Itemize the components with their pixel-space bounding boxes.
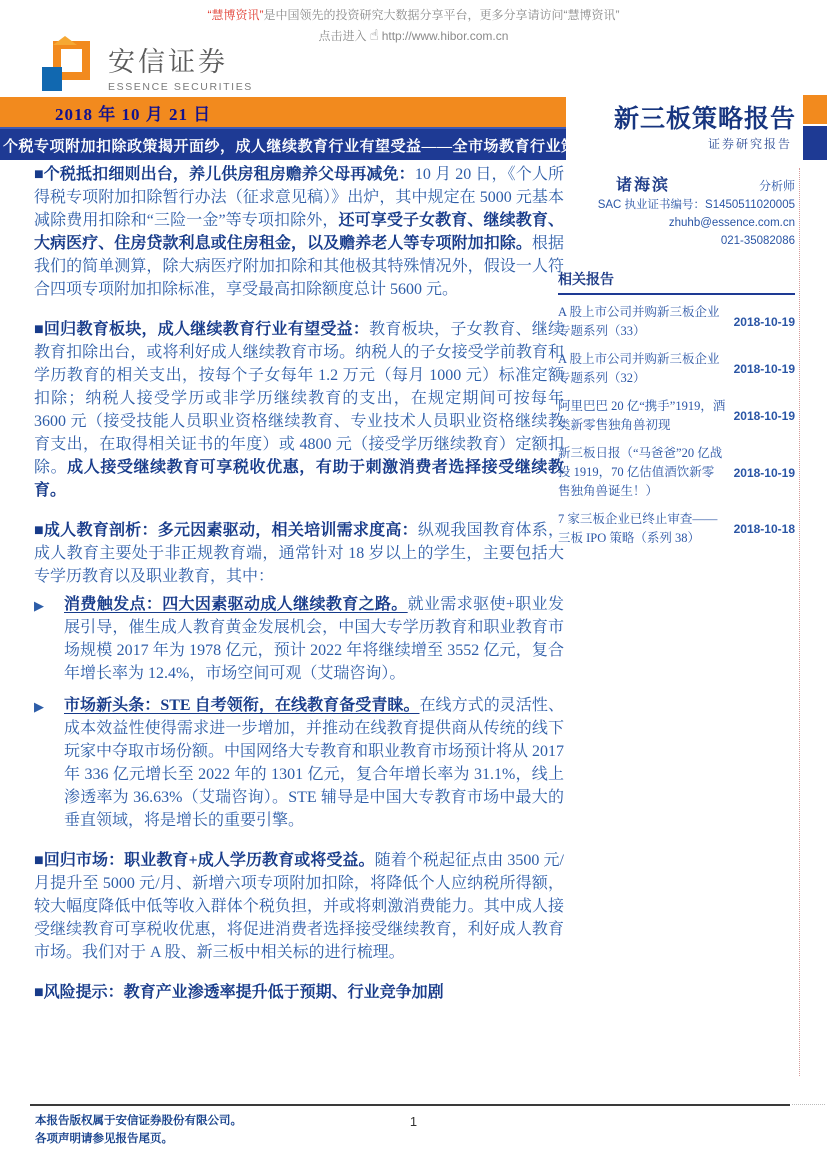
- text-segment: 消费触发点：四大因素驱动成人继续教育之路。: [64, 596, 408, 613]
- edge-orange-block: [803, 95, 827, 124]
- related-report-date: 2018-10-19: [734, 315, 795, 329]
- report-date: 2018 年 10 月 21 日: [55, 100, 211, 125]
- related-report-date: 2018-10-18: [734, 522, 795, 536]
- footer-line2: 各项声明请参见报告尾页。: [35, 1130, 242, 1148]
- paragraph: ■个税抵扣细则出台，养儿供房租房赡养父母再减免：10 月 20 日，《个人所得税…: [34, 163, 564, 301]
- related-reports-header: 相关报告: [558, 269, 795, 295]
- related-report-title: 新三板日报（“马爸爸”20 亿战投 1919，70 亿估值酒饮新零售独角兽诞生！…: [558, 444, 726, 501]
- text-segment: ■个税抵扣细则出台，养儿供房租房赡养父母再减免：: [34, 166, 415, 183]
- analyst-row: 诸海滨 分析师: [558, 172, 795, 195]
- footer-divider-ext: [792, 1104, 825, 1105]
- bullet-item: ▶消费触发点：四大因素驱动成人继续教育之路。就业需求驱使+职业发展引导，催生成人…: [34, 593, 564, 685]
- brand-logo: 安信证券 ESSENCE SECURITIES: [40, 36, 253, 94]
- right-dotted-divider: [799, 168, 800, 1076]
- page-number: 1: [0, 1114, 827, 1129]
- bullet-text: 市场新头条：STE 自考领衔，在线教育备受青睐。在线方式的灵活性、成本效益性使得…: [64, 694, 564, 832]
- report-subtype: 证券研究报告: [600, 135, 792, 152]
- related-report-title: 7 家三板企业已终止审查——三板 IPO 策略（系列 38）: [558, 510, 726, 548]
- analyst-email[interactable]: zhuhb@essence.com.cn: [558, 216, 795, 231]
- text-segment: ■回归教育板块，成人继续教育行业有望受益：: [34, 321, 369, 338]
- paragraph: ■回归市场：职业教育+成人学历教育或将受益。随着个税起征点由 3500 元/月提…: [34, 849, 564, 964]
- text-segment: 教育板块，子女教育、继续教育扣除出台，或将利好成人继续教育市场。纳税人的子女接受…: [34, 321, 564, 476]
- related-report-item[interactable]: A 股上市公司并购新三板企业专题系列（33）2018-10-19: [558, 303, 795, 341]
- analyst-phone: 021-35082086: [558, 234, 795, 249]
- paragraph: ■回归教育板块，成人继续教育行业有望受益：教育板块，子女教育、继续教育扣除出台，…: [34, 318, 564, 502]
- report-page: “慧博资讯”是中国领先的投资研究大数据分享平台，更多分享请访问“慧博资讯” 点击…: [0, 0, 827, 1169]
- logo-name-cn: 安信证券: [108, 40, 253, 79]
- related-report-title: A 股上市公司并购新三板企业专题系列（33）: [558, 303, 726, 341]
- analyst-sac: SAC 执业证书编号：S1450511020005: [558, 198, 795, 213]
- analyst-role: 分析师: [759, 177, 795, 194]
- paragraph: ■风险提示：教育产业渗透率提升低于预期、行业竞争加剧: [34, 981, 564, 1004]
- report-body: ■个税抵扣细则出台，养儿供房租房赡养父母再减免：10 月 20 日，《个人所得税…: [34, 163, 564, 1004]
- footer-divider: [30, 1104, 790, 1106]
- promo-brand: “慧博资讯”: [208, 8, 264, 22]
- report-type-title: 新三板策略报告: [600, 99, 796, 135]
- promo-text: 是中国领先的投资研究大数据分享平台，更多分享请访问“慧博资讯”: [264, 8, 620, 22]
- text-segment: 在线方式的灵活性、成本效益性使得需求进一步增加，并推动在线教育提供商从传统的线下…: [64, 697, 564, 829]
- promo-click-text: 点击进入: [319, 29, 367, 43]
- related-report-item[interactable]: A 股上市公司并购新三板企业专题系列（32）2018-10-19: [558, 350, 795, 388]
- related-report-date: 2018-10-19: [734, 409, 795, 423]
- logo-name-en: ESSENCE SECURITIES: [108, 81, 253, 93]
- date-banner: 2018 年 10 月 21 日: [0, 97, 566, 127]
- report-headline: 个税专项附加扣除政策揭开面纱，成人继续教育行业有望受益——全市场教育行业策略: [3, 135, 566, 156]
- bullet-text: 消费触发点：四大因素驱动成人继续教育之路。就业需求驱使+职业发展引导，催生成人教…: [64, 593, 564, 685]
- related-report-title: A 股上市公司并购新三板企业专题系列（32）: [558, 350, 726, 388]
- bullet-item: ▶市场新头条：STE 自考领衔，在线教育备受青睐。在线方式的灵活性、成本效益性使…: [34, 694, 564, 832]
- promo-line1: “慧博资讯”是中国领先的投资研究大数据分享平台，更多分享请访问“慧博资讯”: [0, 5, 827, 25]
- sidebar: 诸海滨 分析师 SAC 执业证书编号：S1450511020005 zhuhb@…: [558, 172, 795, 557]
- edge-blue-block: [803, 126, 827, 160]
- related-report-item[interactable]: 新三板日报（“马爸爸”20 亿战投 1919，70 亿估值酒饮新零售独角兽诞生！…: [558, 444, 795, 501]
- related-report-title: 阿里巴巴 20 亿“携手”1919，酒类新零售独角兽初现: [558, 397, 726, 435]
- hibor-url[interactable]: http://www.hibor.com.cn: [382, 29, 509, 43]
- text-segment: ■成人教育剖析：多元因素驱动，相关培训需求度高：: [34, 522, 418, 539]
- bullet-arrow-icon: ▶: [34, 694, 64, 832]
- related-report-date: 2018-10-19: [734, 362, 795, 376]
- text-segment: 市场新头条：STE 自考领衔，在线教育备受青睐。: [64, 697, 420, 714]
- text-segment: 成人接受继续教育可享税收优惠，有助于刺激消费者选择接受继续教育。: [34, 459, 564, 499]
- pointer-hand-icon: ☝: [370, 26, 379, 44]
- text-segment: ■回归市场：职业教育+成人学历教育或将受益。: [34, 852, 375, 869]
- headline-banner: 个税专项附加扣除政策揭开面纱，成人继续教育行业有望受益——全市场教育行业策略: [0, 127, 566, 160]
- analyst-name: 诸海滨: [616, 172, 670, 195]
- paragraph: ■成人教育剖析：多元因素驱动，相关培训需求度高：纵观我国教育体系，成人教育主要处…: [34, 519, 564, 588]
- related-report-item[interactable]: 阿里巴巴 20 亿“携手”1919，酒类新零售独角兽初现2018-10-19: [558, 397, 795, 435]
- related-report-date: 2018-10-19: [734, 466, 795, 480]
- text-segment: ■风险提示：教育产业渗透率提升低于预期、行业竞争加剧: [34, 984, 444, 1001]
- related-report-item[interactable]: 7 家三板企业已终止审查——三板 IPO 策略（系列 38）2018-10-18: [558, 510, 795, 548]
- related-reports-list: A 股上市公司并购新三板企业专题系列（33）2018-10-19A 股上市公司并…: [558, 303, 795, 548]
- logo-mark-icon: [40, 36, 96, 94]
- logo-text: 安信证券 ESSENCE SECURITIES: [108, 40, 253, 93]
- bullet-arrow-icon: ▶: [34, 593, 64, 685]
